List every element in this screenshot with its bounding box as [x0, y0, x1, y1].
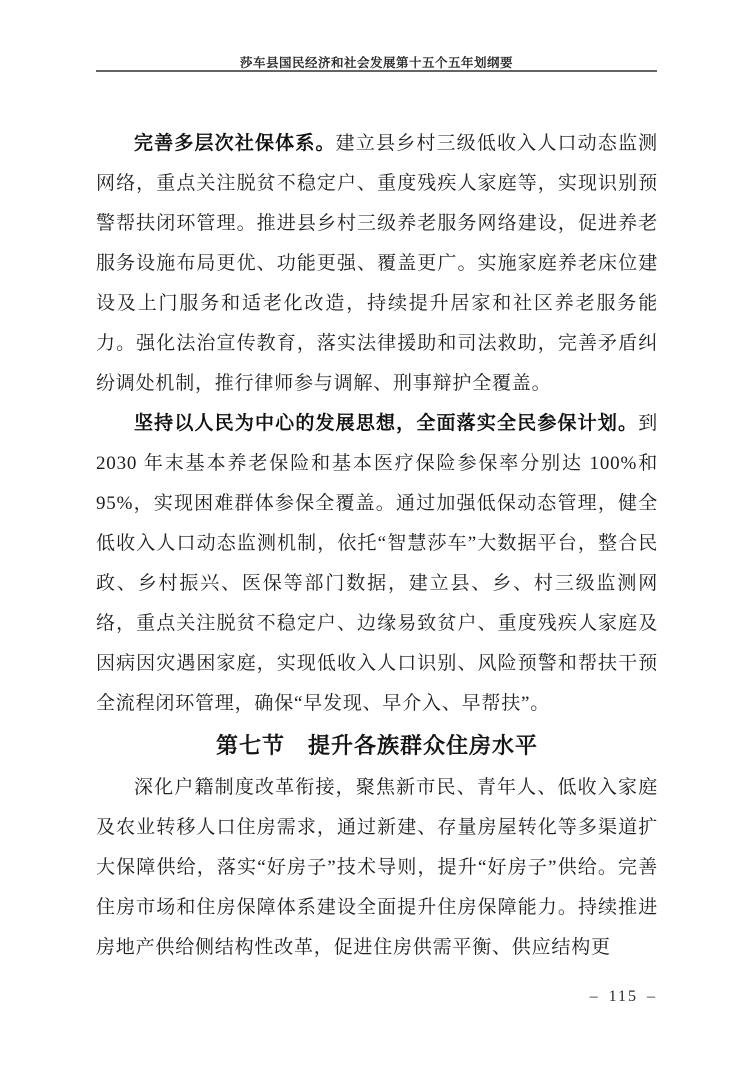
paragraph: 完善多层次社保体系。建立县乡村三级低收入人口动态监测网络，重点关注脱贫不稳定户、…	[96, 124, 658, 404]
paragraph: 深化户籍制度改革衔接，聚焦新市民、青年人、低收入家庭及农业转移人口住房需求，通过…	[96, 768, 658, 968]
paragraph: 坚持以人民为中心的发展思想，全面落实全民参保计划。到 2030 年末基本养老保险…	[96, 404, 658, 724]
document-body: 完善多层次社保体系。建立县乡村三级低收入人口动态监测网络，重点关注脱贫不稳定户、…	[96, 124, 658, 968]
document-page: 莎车县国民经济和社会发展第十五个五年划纲要 完善多层次社保体系。建立县乡村三级低…	[0, 0, 753, 1066]
section-heading: 第七节 提升各族群众住房水平	[96, 724, 658, 768]
page-number: – 115 –	[96, 988, 657, 1006]
header-rule	[96, 70, 657, 72]
document-header-title: 莎车县国民经济和社会发展第十五个五年划纲要	[0, 53, 753, 71]
